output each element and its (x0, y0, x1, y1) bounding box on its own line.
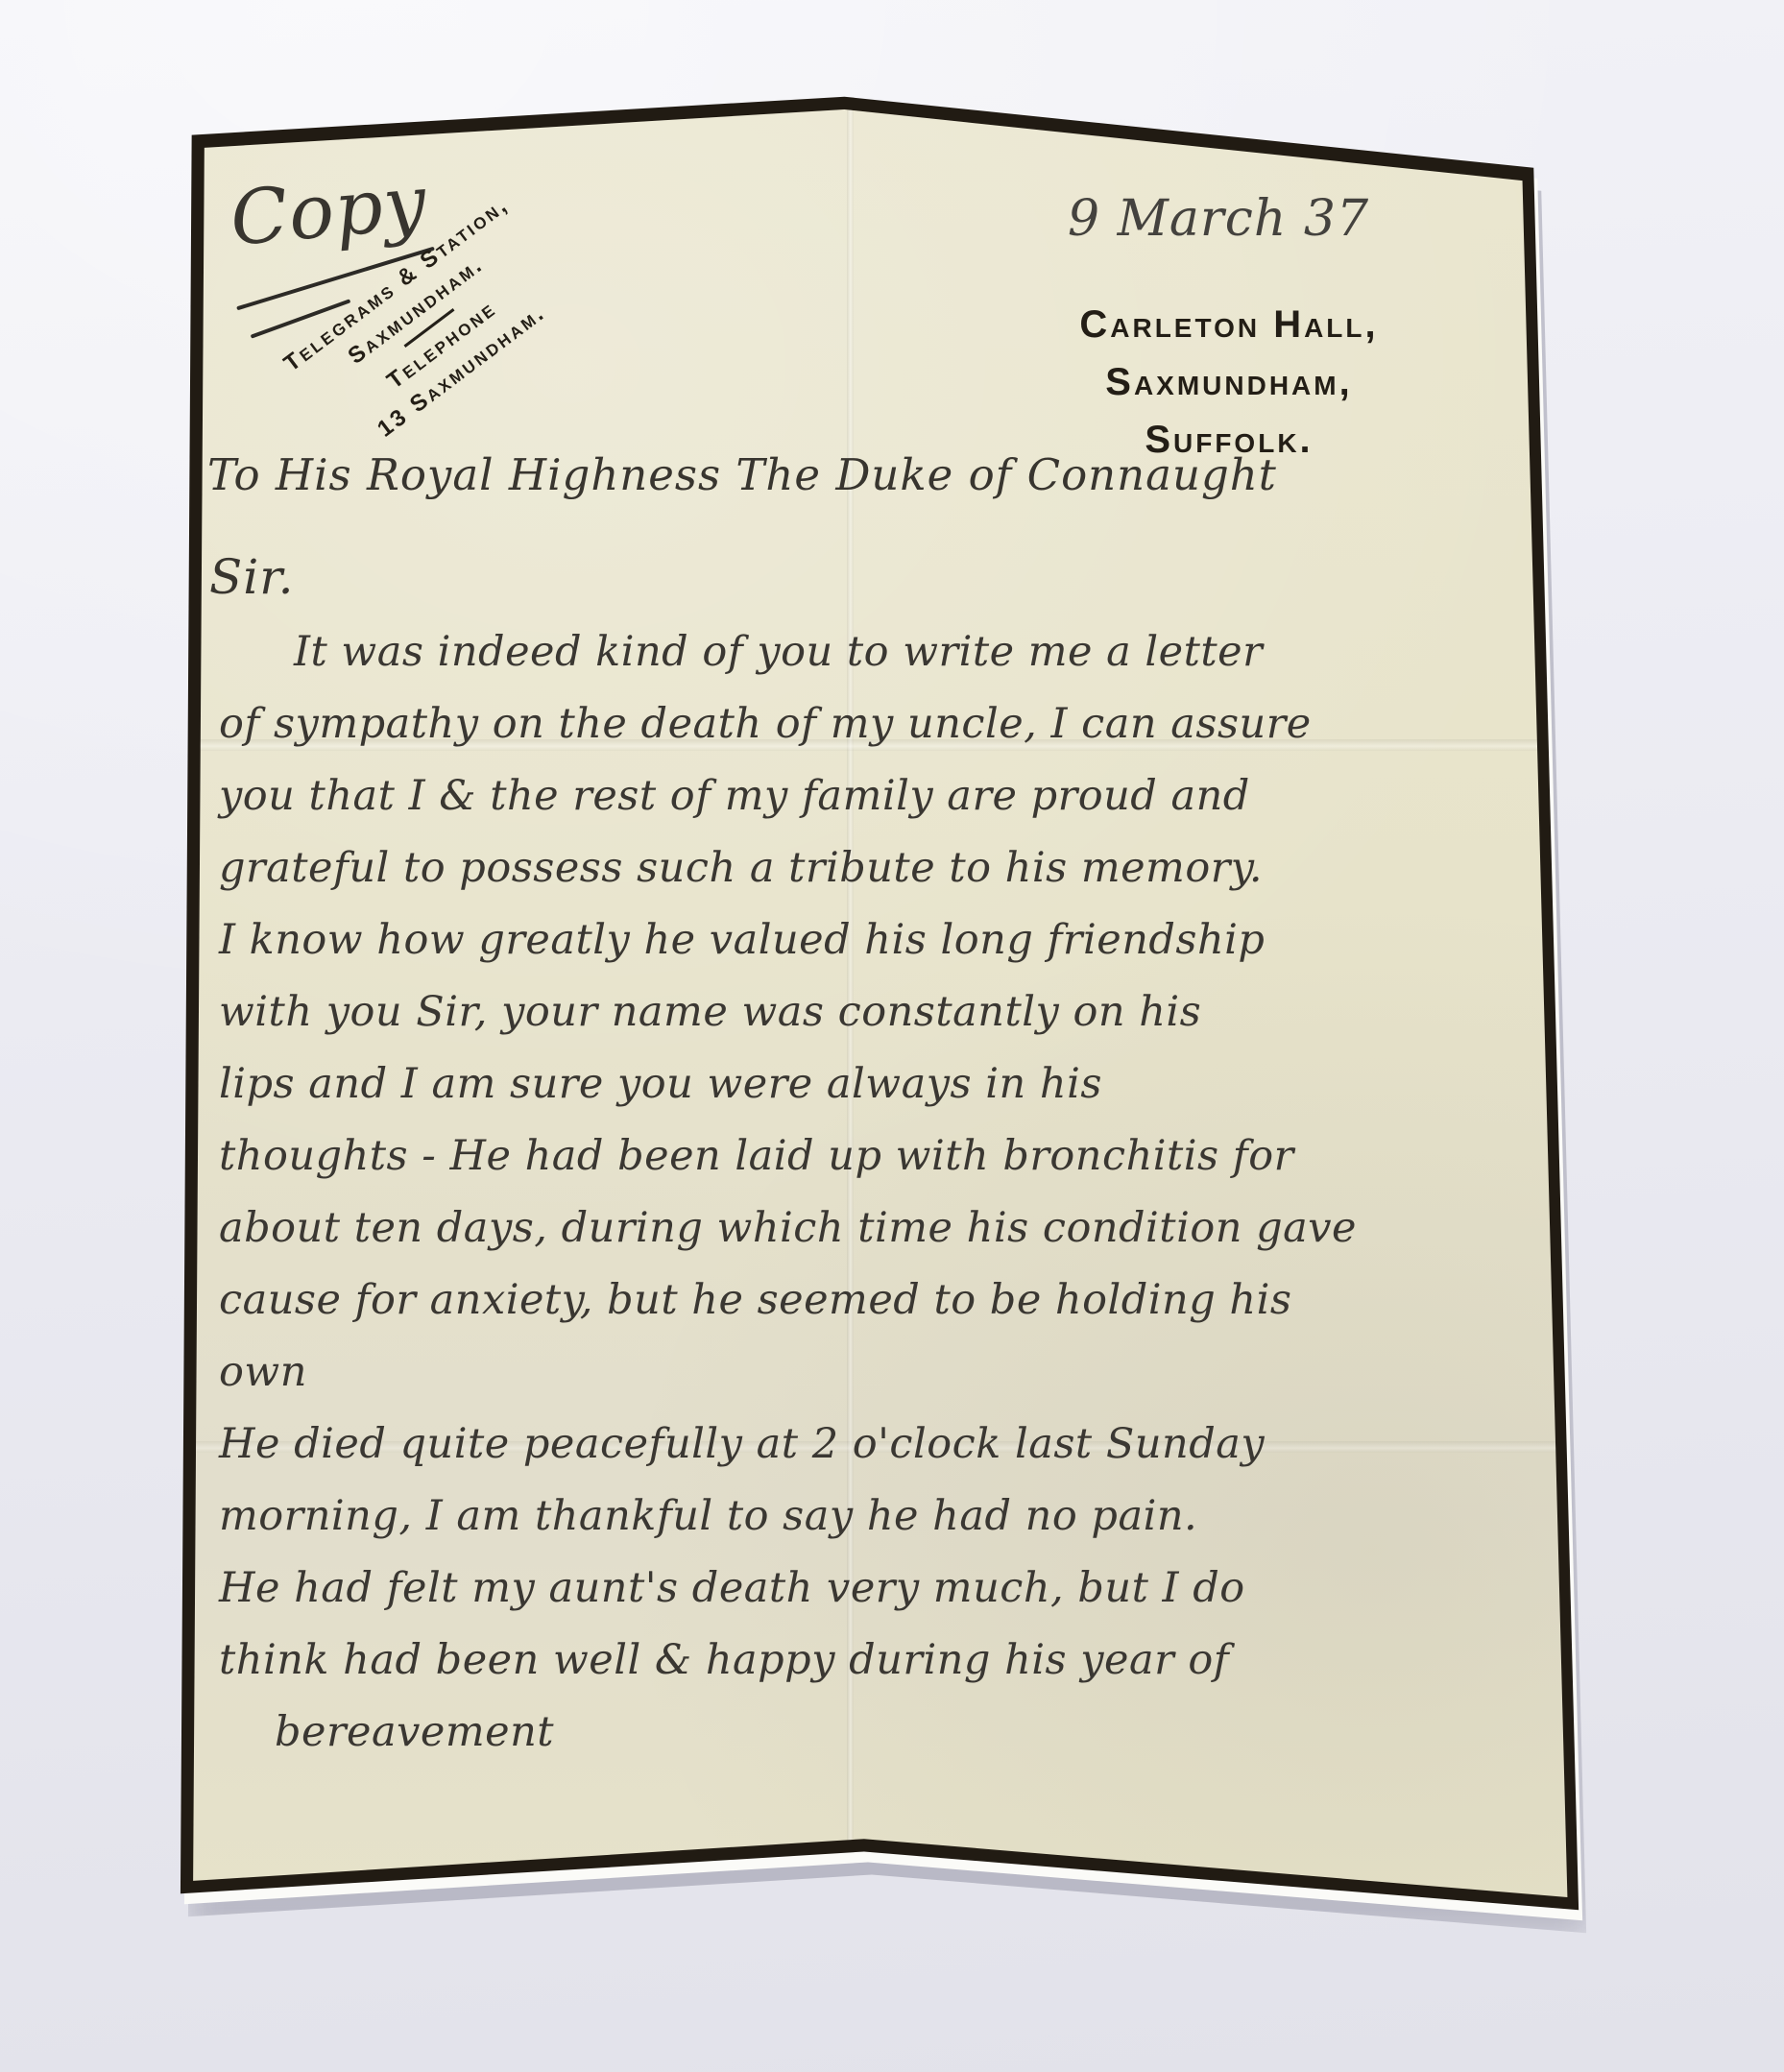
handwriting-line: own (219, 1337, 1563, 1409)
letterhead-address-block: Carleton Hall, Saxmundham, Suffolk. (999, 296, 1459, 469)
handwriting-line: He had felt my aunt's death very much, b… (219, 1553, 1563, 1625)
handwriting-line: cause for anxiety, but he seemed to be h… (219, 1265, 1563, 1337)
salutation: Sir. (209, 549, 295, 605)
handwriting-line: He died quite peacefully at 2 o'clock la… (219, 1409, 1563, 1481)
handwriting-line: of sympathy on the death of my uncle, I … (219, 688, 1563, 760)
handwriting-line: bereavement (275, 1697, 1563, 1769)
handwriting-line: lips and I am sure you were always in hi… (219, 1048, 1563, 1120)
handwriting-line: It was indeed kind of you to write me a … (294, 616, 1563, 688)
letter-body: It was indeed kind of you to write me a … (219, 616, 1563, 1769)
handwriting-line: you that I & the rest of my family are p… (219, 760, 1563, 832)
address-line-town: Saxmundham, (999, 353, 1459, 411)
handwriting-line: think had been well & happy during his y… (219, 1625, 1563, 1697)
address-line-hall: Carleton Hall, (999, 296, 1459, 353)
handwriting-line: morning, I am thankful to say he had no … (219, 1481, 1563, 1553)
handwriting-line: I know how greatly he valued his long fr… (219, 904, 1563, 976)
recipient-line: To His Royal Highness The Duke of Connau… (207, 449, 1277, 500)
handwriting-line: grateful to possess such a tribute to hi… (219, 832, 1563, 904)
handwriting-line: about ten days, during which time his co… (219, 1193, 1563, 1265)
handwriting-line: with you Sir, your name was constantly o… (219, 976, 1563, 1048)
copy-annotation: Copy (227, 159, 430, 262)
handwriting-line: thoughts - He had been laid up with bron… (219, 1120, 1563, 1193)
photo-backdrop: { "letter": { "copy_annotation": "Copy",… (0, 0, 1784, 2072)
letter-date: 9 March 37 (1068, 190, 1369, 248)
